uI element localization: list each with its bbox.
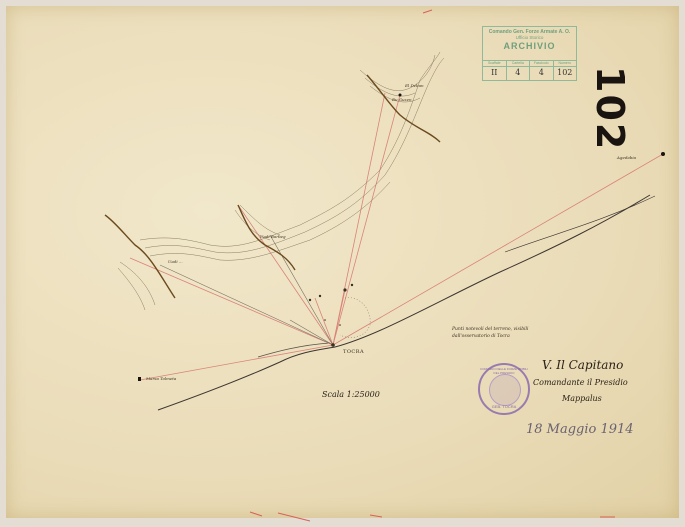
dotted-area bbox=[340, 298, 370, 338]
archive-cell-scaffale: ScaffaleII bbox=[483, 61, 507, 80]
wadi-beds bbox=[105, 75, 440, 298]
round-stamp-top-text: COMANDO DELLE FORZE MOBILI DEL PRESIDIO bbox=[480, 367, 528, 375]
archive-grid: ScaffaleII Cartella4 Fascicolo4 Numero10… bbox=[483, 60, 576, 80]
signature: Mappalus bbox=[562, 394, 602, 403]
label-bu-guzen: Bu Guzen bbox=[392, 97, 412, 102]
contour-lines bbox=[118, 52, 444, 310]
approval-line-1: V. Il Capitano bbox=[542, 358, 623, 372]
round-stamp-center bbox=[489, 374, 521, 406]
scale-label: Scala 1:25000 bbox=[322, 390, 380, 399]
round-stamp-bottom-text: GEB. TOCRA bbox=[480, 404, 528, 409]
archive-header-2: Ufficio Storico bbox=[483, 35, 576, 40]
label-el-deban: El Deban bbox=[405, 83, 424, 88]
label-uadi-west: Uadi ... bbox=[168, 259, 183, 264]
sight-lines bbox=[130, 93, 663, 380]
map-drawing bbox=[0, 0, 685, 527]
round-stamp: COMANDO DELLE FORZE MOBILI DEL PRESIDIO … bbox=[478, 363, 530, 415]
point-agedabia bbox=[661, 152, 665, 156]
sheet-number: 102 bbox=[588, 66, 632, 151]
legend-note: Punti notevoli del terreno, visibili dal… bbox=[452, 326, 532, 340]
label-agedabia: Agedabia bbox=[617, 155, 636, 160]
archive-stamp: Comando Gen. Forze Armate A. O. Ufficio … bbox=[482, 26, 577, 81]
shore-east bbox=[505, 196, 655, 252]
label-tocra: TOCRA bbox=[343, 349, 364, 355]
date-note: 18 Maggio 1914 bbox=[526, 422, 634, 437]
label-marsa-tolmeta: Marsa Tolmeta bbox=[146, 376, 176, 381]
archive-cell-fascicolo: Fascicolo4 bbox=[530, 61, 554, 80]
archive-title: ARCHIVIO bbox=[483, 41, 576, 51]
edge-marks bbox=[250, 10, 615, 521]
approval-line-2: Comandante il Presidio bbox=[533, 378, 628, 387]
archive-cell-cartella: Cartella4 bbox=[507, 61, 531, 80]
archive-cell-numero: Numero102 bbox=[554, 61, 577, 80]
label-uadi-barbeg: Uadi Barbeg bbox=[260, 234, 286, 239]
point-marsa bbox=[138, 377, 141, 381]
